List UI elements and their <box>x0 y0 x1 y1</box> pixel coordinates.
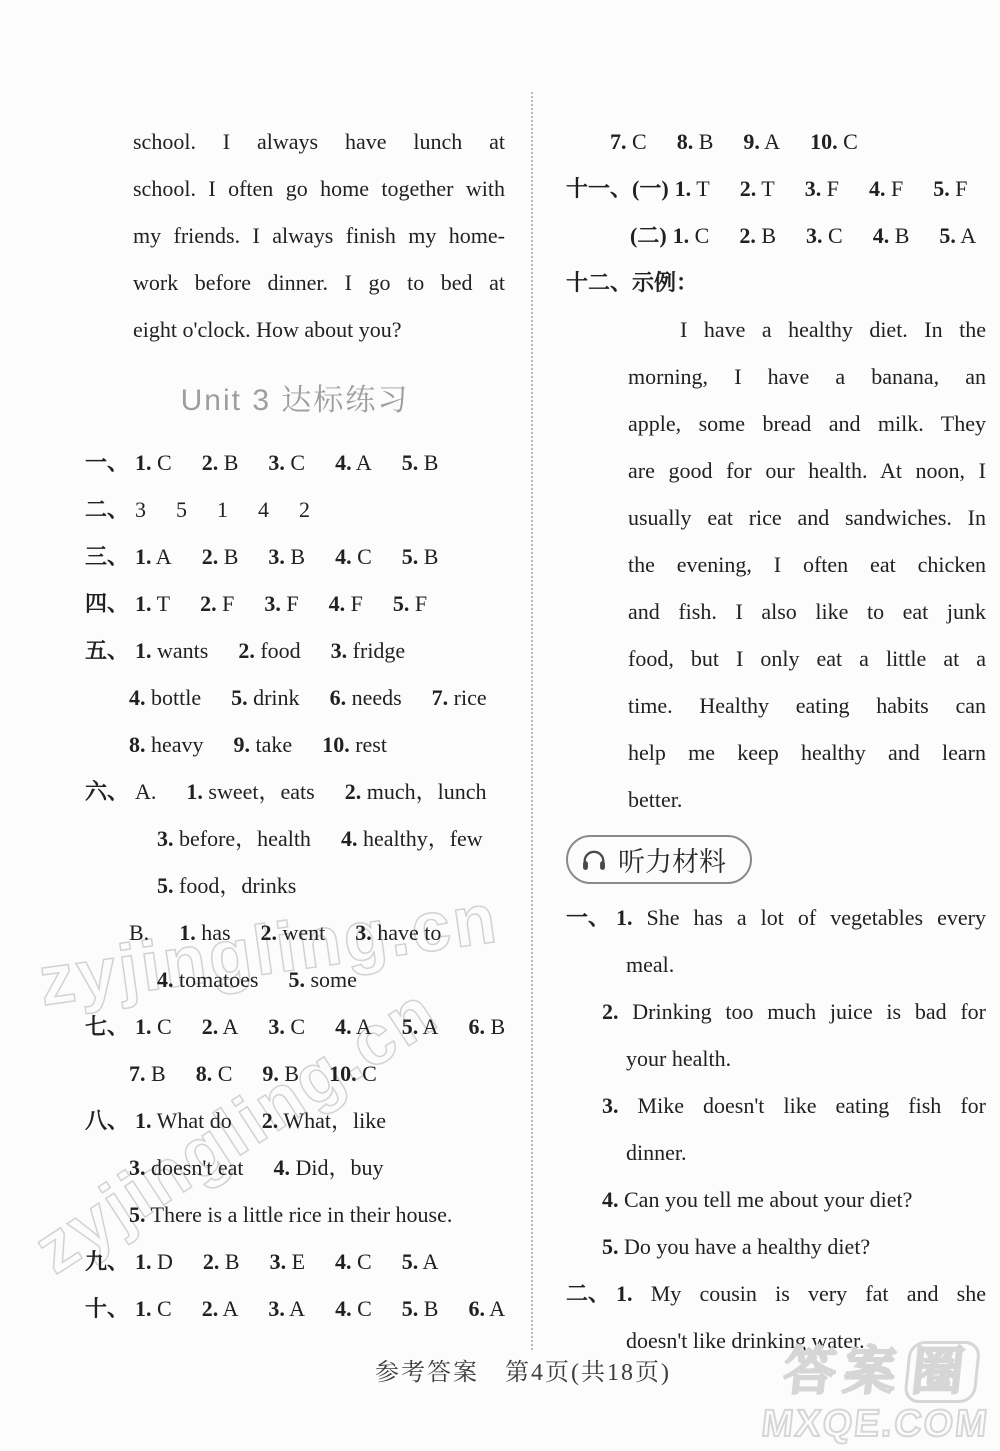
answer-line: 六、A.1. sweet，eats2. much，lunch <box>85 768 525 815</box>
footer-label: 参考答案 <box>375 1360 479 1386</box>
answer-item: 5. A <box>939 223 976 248</box>
section-marker: 一、 <box>566 894 610 941</box>
answer-line: 4. bottle5. drink6. needs7. rice <box>85 674 525 721</box>
paragraph-line: I have a healthy diet. In the <box>628 306 986 353</box>
unit-header: Unit 3 达标练习 <box>85 379 505 423</box>
answer-item: 8. heavy <box>129 732 204 757</box>
column-divider <box>531 92 533 1350</box>
answer-item: 2. A <box>202 1014 239 1039</box>
answer-line: 九、1. D2. B3. E4. C5. A <box>85 1238 525 1285</box>
answer-item: 1. sweet，eats <box>186 779 314 804</box>
answer-item: 4 <box>258 497 269 522</box>
answer-line: 十、1. C2. A3. A4. C5. B6. A <box>85 1285 525 1332</box>
answer-item: 5. F <box>933 176 967 201</box>
answer-line: 三、1. A2. B3. B4. C5. B <box>85 533 525 580</box>
answer-item: 2. What，like <box>262 1108 386 1133</box>
answer-item: your health. <box>626 1046 731 1071</box>
listening-badge: 听力材料 <box>566 835 752 884</box>
answer-item: 3. B <box>268 544 305 569</box>
answer-line: (二)1. C2. B3. C4. B5. A <box>566 212 986 259</box>
paragraph-line: better. <box>628 776 986 823</box>
paragraph-line: morning, I have a banana, an <box>628 353 986 400</box>
answer-line: B.1. has2. went3. have to <box>85 909 525 956</box>
answer-line: 7. C8. B9. A10. C <box>566 118 986 165</box>
answer-item: 4. A <box>335 1014 372 1039</box>
paragraph-line: usually eat rice and sandwiches. In <box>628 494 986 541</box>
section-marker: 十一、(一) <box>566 165 669 212</box>
answer-line: 八、1. What do2. What，like <box>85 1097 525 1144</box>
answer-item: 6. B <box>468 1014 505 1039</box>
answer-item: 9. take <box>234 732 293 757</box>
answer-item: 1. T <box>135 591 170 616</box>
answer-item: 6. needs <box>330 685 402 710</box>
answer-line: 四、1. T2. F3. F4. F5. F <box>85 580 525 627</box>
answer-line: 7. B8. C9. B10. C <box>85 1050 525 1097</box>
paragraph-line: eight o'clock. How about you? <box>133 306 505 353</box>
answer-item: 3. C <box>806 223 843 248</box>
answer-item: 1. My cousin is very fat and she <box>616 1281 986 1306</box>
left-column: school. I always have lunch atschool. I … <box>85 118 525 1332</box>
answer-item: 4. Did，buy <box>274 1155 384 1180</box>
answer-item: 3. fridge <box>331 638 406 663</box>
section-marker: 四、 <box>85 580 129 627</box>
section-marker: 三、 <box>85 533 129 580</box>
answer-item: 3. have to <box>355 920 441 945</box>
listening-script: 一、1. She has a lot of vegetables everyme… <box>566 894 986 1364</box>
answer-item: 6. A <box>468 1296 505 1321</box>
answer-item: 5. Do you have a healthy diet? <box>602 1234 870 1259</box>
answers-right-top: 7. C8. B9. A10. C十一、(一)1. T2. T3. F4. F5… <box>566 118 986 306</box>
answer-item: 7. C <box>610 129 647 154</box>
script-line: meal. <box>566 941 986 988</box>
answer-item: 4. B <box>873 223 910 248</box>
answer-item: 2. B <box>202 450 239 475</box>
script-line: 2. Drinking too much juice is bad for <box>566 988 986 1035</box>
answer-line: 4. tomatoes5. some <box>85 956 525 1003</box>
answer-item: 7. B <box>129 1061 166 1086</box>
answer-key-page: zyjingling.cn zyjingling.cn school. I al… <box>0 0 1000 1451</box>
answer-item: 4. F <box>869 176 903 201</box>
answer-item: 1. C <box>135 1014 172 1039</box>
answer-item: 1. What do <box>135 1108 232 1133</box>
footer-page-info: 第4页(共18页) <box>505 1360 671 1386</box>
script-line: 二、1. My cousin is very fat and she <box>566 1270 986 1317</box>
headphones-icon <box>580 846 608 874</box>
essay-continuation-paragraph: school. I always have lunch atschool. I … <box>133 118 505 353</box>
answer-item: 1 <box>217 497 228 522</box>
answer-item: 3. doesn't eat <box>129 1155 244 1180</box>
answer-item: 2. T <box>740 176 775 201</box>
answer-item: 3. Mike doesn't like eating fish for <box>602 1093 986 1118</box>
answer-item: 4. C <box>335 1296 372 1321</box>
answer-item: 2. much，lunch <box>345 779 487 804</box>
section-marker: 五、 <box>85 627 129 674</box>
paragraph-line: and fish. I also like to eat junk <box>628 588 986 635</box>
answer-item: 4. healthy，few <box>341 826 483 851</box>
answer-item: 4. Can you tell me about your diet? <box>602 1187 912 1212</box>
answer-item: 5. A <box>402 1014 439 1039</box>
answer-item: 3. F <box>264 591 298 616</box>
section-marker: 一、 <box>85 439 129 486</box>
script-line: 一、1. She has a lot of vegetables every <box>566 894 986 941</box>
answer-item: 3. C <box>268 450 305 475</box>
right-column: 7. C8. B9. A10. C十一、(一)1. T2. T3. F4. F5… <box>566 118 986 1364</box>
answer-item: doesn't like drinking water. <box>626 1328 865 1353</box>
answer-item: 2. A <box>202 1296 239 1321</box>
answer-item: 3. E <box>270 1249 305 1274</box>
answer-item: 3 <box>135 497 146 522</box>
answer-item: 7. rice <box>432 685 487 710</box>
answer-item: 2. B <box>202 544 239 569</box>
paragraph-line: my friends. I always finish my home- <box>133 212 505 259</box>
answer-item: 1. D <box>135 1249 173 1274</box>
answer-item: 5. food，drinks <box>157 873 296 898</box>
section-marker: 二、 <box>85 486 129 533</box>
sample-essay: I have a healthy diet. In themorning, I … <box>628 306 986 823</box>
answer-item: dinner. <box>626 1140 687 1165</box>
answer-item: 1. has <box>179 920 230 945</box>
answer-item: 1. T <box>675 176 710 201</box>
answer-line: 二、35142 <box>85 486 525 533</box>
paragraph-line: apple, some bread and milk. They <box>628 400 986 447</box>
answer-item: 4. C <box>335 544 372 569</box>
answer-line: 五、1. wants2. food3. fridge <box>85 627 525 674</box>
listening-badge-label: 听力材料 <box>618 840 726 879</box>
answer-item: 3. F <box>805 176 839 201</box>
answer-item: 5. drink <box>231 685 299 710</box>
answer-line: 8. heavy9. take10. rest <box>85 721 525 768</box>
answer-item: 10. rest <box>322 732 387 757</box>
answer-item: 5. B <box>402 450 439 475</box>
answer-item: 2. B <box>739 223 776 248</box>
answer-item: A. <box>135 779 156 804</box>
answer-line: 十二、示例： <box>566 259 986 306</box>
answer-item: 3. A <box>268 1296 305 1321</box>
script-line: dinner. <box>566 1129 986 1176</box>
answer-item: 1. C <box>135 450 172 475</box>
answer-item: meal. <box>626 952 674 977</box>
answer-item: 5. some <box>288 967 356 992</box>
answer-line: 3. before，health4. healthy，few <box>85 815 525 862</box>
answer-item: 9. B <box>262 1061 299 1086</box>
script-line: 5. Do you have a healthy diet? <box>566 1223 986 1270</box>
answer-item: 10. C <box>329 1061 377 1086</box>
answer-line: 3. doesn't eat4. Did，buy <box>85 1144 525 1191</box>
answer-item: 1. wants <box>135 638 208 663</box>
answer-item: 4. bottle <box>129 685 201 710</box>
answer-item: 9. A <box>743 129 780 154</box>
section-marker: 八、 <box>85 1097 129 1144</box>
answer-item: 2. F <box>200 591 234 616</box>
paragraph-line: time. Healthy eating habits can <box>628 682 986 729</box>
answer-item: 4. tomatoes <box>157 967 258 992</box>
answer-item: 5. B <box>402 1296 439 1321</box>
answer-item: 4. A <box>335 450 372 475</box>
answer-item: 8. C <box>196 1061 233 1086</box>
paragraph-line: school. I always have lunch at <box>133 118 505 165</box>
answer-item: 1. C <box>673 223 710 248</box>
paragraph-line: food, but I only eat a little at a <box>628 635 986 682</box>
answer-item: 4. F <box>329 591 363 616</box>
section-marker: (二) <box>630 212 667 259</box>
answer-line: 5. food，drinks <box>85 862 525 909</box>
answer-item: 5 <box>176 497 187 522</box>
answer-item: 5. A <box>402 1249 439 1274</box>
brand-site: MXQE.COM <box>759 1403 991 1445</box>
answer-line: 七、1. C2. A3. C4. A5. A6. B <box>85 1003 525 1050</box>
script-line: 3. Mike doesn't like eating fish for <box>566 1082 986 1129</box>
answer-item: 5. F <box>393 591 427 616</box>
answer-item: 2. B <box>203 1249 240 1274</box>
answer-item: 10. C <box>810 129 858 154</box>
section-marker: 十、 <box>85 1285 129 1332</box>
answer-item: 1. She has a lot of vegetables every <box>616 905 986 930</box>
answer-line: 十一、(一)1. T2. T3. F4. F5. F <box>566 165 986 212</box>
paragraph-line: the evening, I often eat chicken <box>628 541 986 588</box>
answer-item: 8. B <box>677 129 714 154</box>
answer-item: 2. went <box>261 920 326 945</box>
answer-item: 4. C <box>335 1249 372 1274</box>
answers-left: 一、1. C2. B3. C4. A5. B二、35142三、1. A2. B3… <box>85 439 525 1332</box>
page-footer: 参考答案第4页(共18页) <box>23 1352 1000 1387</box>
paragraph-line: help me keep healthy and learn <box>628 729 986 776</box>
paragraph-line: school. I often go home together with <box>133 165 505 212</box>
answer-item: 1. C <box>135 1296 172 1321</box>
answer-item: 2 <box>299 497 310 522</box>
paragraph-line: work before dinner. I go to bed at <box>133 259 505 306</box>
section-marker: 六、 <box>85 768 129 815</box>
answer-line: 一、1. C2. B3. C4. A5. B <box>85 439 525 486</box>
answer-item: 3. C <box>268 1014 305 1039</box>
section-marker: 七、 <box>85 1003 129 1050</box>
paragraph-line: are good for our health. At noon, I <box>628 447 986 494</box>
answer-item: 2. food <box>238 638 300 663</box>
answer-item: 2. Drinking too much juice is bad for <box>602 999 986 1024</box>
answer-line: 5. There is a little rice in their house… <box>85 1191 525 1238</box>
answer-item: B. <box>129 920 149 945</box>
script-line: 4. Can you tell me about your diet? <box>566 1176 986 1223</box>
answer-item: 3. before，health <box>157 826 311 851</box>
answer-item: 5. There is a little rice in their house… <box>129 1202 452 1227</box>
answer-item: 1. A <box>135 544 172 569</box>
section-marker: 十二、示例： <box>566 259 698 306</box>
section-marker: 二、 <box>566 1270 610 1317</box>
answer-item: 5. B <box>402 544 439 569</box>
script-line: your health. <box>566 1035 986 1082</box>
section-marker: 九、 <box>85 1238 129 1285</box>
